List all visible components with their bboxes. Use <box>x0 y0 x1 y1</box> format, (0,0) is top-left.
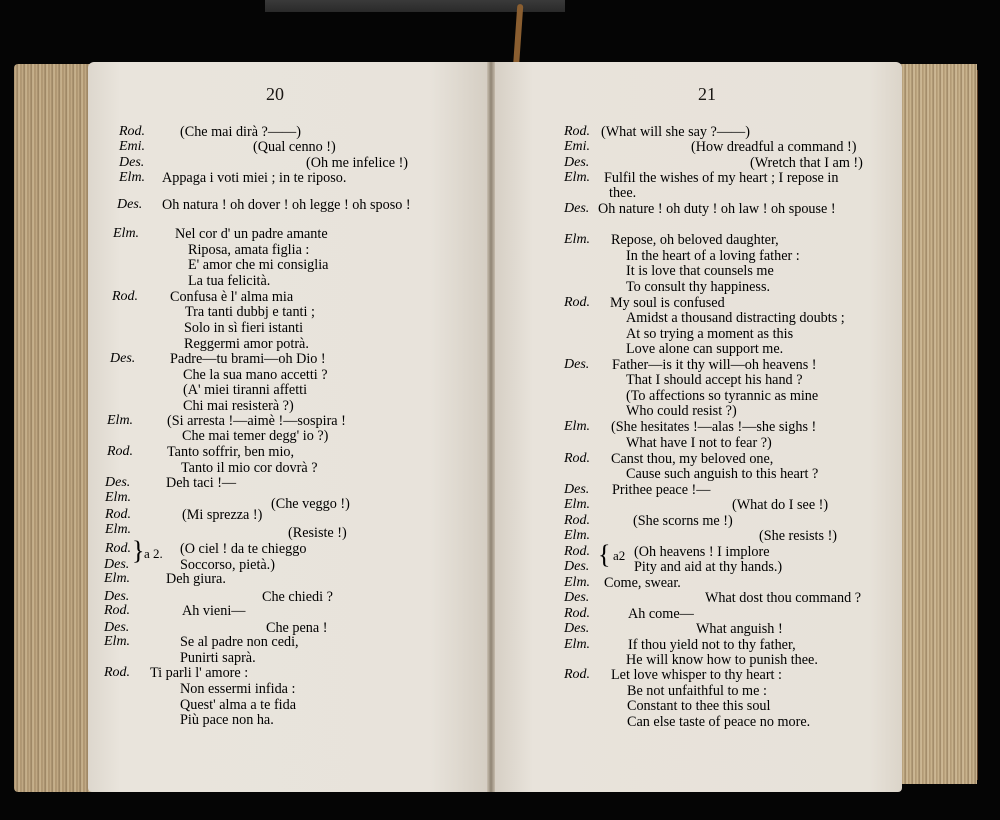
speaker-name: Elm. <box>107 413 133 429</box>
verse-line: Constant to thee this soul <box>627 698 770 714</box>
verse-line: (Si arresta !—aimè !—sospira ! <box>167 413 346 429</box>
speaker-name: Des. <box>117 197 142 213</box>
book-gutter <box>487 62 495 792</box>
verse-line: (Oh me infelice !) <box>306 155 408 171</box>
verse-line: Punirti saprà. <box>180 650 256 666</box>
verse-line: Can else taste of peace no more. <box>627 714 810 730</box>
verse-line: Prithee peace !— <box>612 482 710 498</box>
verse-line: In the heart of a loving father : <box>626 248 800 264</box>
verse-line: (Che mai dirà ?——) <box>180 124 301 140</box>
speaker-name: Des. <box>564 357 589 373</box>
speaker-name: Rod. <box>564 544 590 560</box>
verse-line: Ti parli l' amore : <box>150 665 248 681</box>
verse-line: (How dreadful a command !) <box>691 139 856 155</box>
verse-line: (To affections so tyrannic as mine <box>626 388 818 404</box>
verse-line: Repose, oh beloved daughter, <box>611 232 779 248</box>
speaker-name: Rod. <box>104 665 130 681</box>
speaker-name: Des. <box>564 482 589 498</box>
speaker-name: Rod. <box>107 444 133 460</box>
verse-line: Who could resist ?) <box>626 403 737 419</box>
verse-line: (A' miei tiranni affetti <box>183 382 307 398</box>
speaker-name: Elm. <box>104 571 130 587</box>
verse-line: If thou yield not to thy father, <box>628 637 796 653</box>
page-number: 21 <box>698 84 716 105</box>
verse-line: Chi mai resisterà ?) <box>183 398 294 414</box>
verse-line: Be not unfaithful to me : <box>627 683 767 699</box>
verse-line: Più pace non ha. <box>180 712 274 728</box>
verse-line: Deh taci !— <box>166 475 236 491</box>
verse-line: Appaga i voti miei ; in te riposo. <box>162 170 346 186</box>
verse-line: Come, swear. <box>604 575 681 591</box>
speaker-name: Rod. <box>112 289 138 305</box>
verse-line: (She hesitates !—alas !—she sighs ! <box>611 419 816 435</box>
speaker-name: Rod. <box>105 541 131 557</box>
speaker-name: Elm. <box>564 497 590 513</box>
verse-line: To consult thy happiness. <box>626 279 770 295</box>
speaker-name: Elm. <box>564 170 590 186</box>
speaker-name: Elm. <box>105 522 131 538</box>
speaker-name: Elm. <box>564 528 590 544</box>
speaker-name: Elm. <box>564 637 590 653</box>
speaker-name: Des. <box>119 155 144 171</box>
verse-line: It is love that counsels me <box>626 263 774 279</box>
verse-line: Pity and aid at thy hands.) <box>634 559 782 575</box>
speaker-name: Rod. <box>564 295 590 311</box>
speaker-name: Elm. <box>564 575 590 591</box>
speaker-name: Des. <box>564 621 589 637</box>
speaker-name: Des. <box>564 201 589 217</box>
page-number: 20 <box>266 84 284 105</box>
verse-line: (What do I see !) <box>732 497 828 513</box>
verse-line: La tua felicità. <box>188 273 270 289</box>
a2-label-right: a2 <box>613 548 625 564</box>
verse-line: (What will she say ?——) <box>601 124 750 140</box>
verse-line: (Oh heavens ! I implore <box>634 544 770 560</box>
verse-line: Che la sua mano accetti ? <box>183 367 328 383</box>
speaker-name: Elm. <box>564 419 590 435</box>
verse-line: Ah come— <box>628 606 694 622</box>
speaker-name: Emi. <box>564 139 590 155</box>
verse-line: (Qual cenno !) <box>253 139 336 155</box>
verse-line: Tanto soffrir, ben mio, <box>167 444 294 460</box>
verse-line: Quest' alma a te fida <box>180 697 296 713</box>
speaker-name: Elm. <box>105 490 131 506</box>
verse-line: Tanto il mio cor dovrà ? <box>181 460 318 476</box>
speaker-name: Des. <box>110 351 135 367</box>
verse-line: Che chiedi ? <box>262 589 333 605</box>
speaker-name: Rod. <box>564 606 590 622</box>
verse-line: Nel cor d' un padre amante <box>175 226 328 242</box>
verse-line: Oh nature ! oh duty ! oh law ! oh spouse… <box>598 201 836 217</box>
verse-line: Let love whisper to thy heart : <box>611 667 782 683</box>
verse-line: Oh natura ! oh dover ! oh legge ! oh spo… <box>162 197 411 213</box>
speaker-name: Des. <box>105 475 130 491</box>
verse-line: Padre—tu brami—oh Dio ! <box>170 351 326 367</box>
verse-line: Confusa è l' alma mia <box>170 289 293 305</box>
speaker-name: Rod. <box>119 124 145 140</box>
verse-line: Reggermi amor potrà. <box>184 336 309 352</box>
verse-line: (Che veggo !) <box>271 496 350 512</box>
verse-line: That I should accept his hand ? <box>626 372 803 388</box>
verse-line: Love alone can support me. <box>626 341 783 357</box>
verse-line: (O ciel ! da te chieggo <box>180 541 306 557</box>
verse-line: Ah vieni— <box>182 603 245 619</box>
speaker-name: Rod. <box>564 124 590 140</box>
speaker-name: Rod. <box>104 603 130 619</box>
verse-line: Che mai temer degg' io ?) <box>182 428 328 444</box>
speaker-name: Des. <box>564 590 589 606</box>
verse-line: thee. <box>609 185 636 201</box>
verse-line: E' amor che mi consiglia <box>188 257 328 273</box>
verse-line: (Resiste !) <box>288 525 347 541</box>
verse-line: Deh giura. <box>166 571 226 587</box>
verse-line: What have I not to fear ?) <box>626 435 772 451</box>
verse-line: What dost thou command ? <box>705 590 861 606</box>
verse-line: Se al padre non cedi, <box>180 634 299 650</box>
brace-right: { <box>598 542 610 568</box>
verse-line: Non essermi infida : <box>180 681 295 697</box>
verse-line: (She scorns me !) <box>633 513 733 529</box>
verse-line: (Mi sprezza !) <box>182 507 262 523</box>
speaker-name: Elm. <box>104 634 130 650</box>
speaker-name: Elm. <box>564 232 590 248</box>
verse-line: (Wretch that I am !) <box>750 155 863 171</box>
speaker-name: Rod. <box>564 667 590 683</box>
a2-label-left: a 2. <box>144 546 163 562</box>
speaker-name: Des. <box>564 155 589 171</box>
speaker-name: Des. <box>564 559 589 575</box>
verse-line: (She resists !) <box>759 528 837 544</box>
verse-line: Father—is it thy will—oh heavens ! <box>612 357 817 373</box>
verse-line: At so trying a moment as this <box>626 326 793 342</box>
speaker-name: Rod. <box>564 513 590 529</box>
verse-line: What anguish ! <box>696 621 783 637</box>
speaker-name: Elm. <box>113 226 139 242</box>
speaker-name: Elm. <box>119 170 145 186</box>
brace-left: } <box>132 538 144 564</box>
verse-line: Canst thou, my beloved one, <box>611 451 773 467</box>
verse-line: Fulfil the wishes of my heart ; I repose… <box>604 170 838 186</box>
verse-line: My soul is confused <box>610 295 725 311</box>
speaker-name: Rod. <box>105 507 131 523</box>
page-edges-right <box>895 64 977 784</box>
verse-line: Cause such anguish to this heart ? <box>626 466 818 482</box>
speaker-name: Rod. <box>564 451 590 467</box>
verse-line: Tra tanti dubbj e tanti ; <box>185 304 315 320</box>
verse-line: Amidst a thousand distracting doubts ; <box>626 310 845 326</box>
speaker-name: Emi. <box>119 139 145 155</box>
verse-line: Solo in sì fieri istanti <box>184 320 303 336</box>
verse-line: He will know how to punish thee. <box>626 652 818 668</box>
verse-line: Riposa, amata figlia : <box>188 242 309 258</box>
